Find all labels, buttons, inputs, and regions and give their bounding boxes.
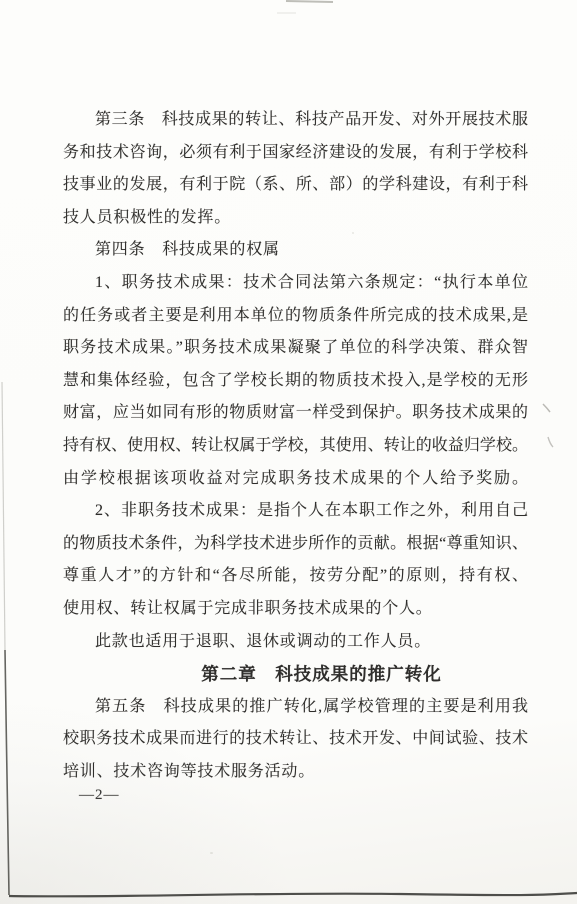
scan-artifact-right-mark-1 — [543, 404, 550, 412]
text-line: 培训、技术咨询等技术服务活动。 — [63, 756, 528, 789]
text-line: 第五条 科技成果的推广转化,属学校管理的主要是利用我 — [63, 691, 528, 724]
text-line: 此款也适用于退职、退休或调动的工作人员。 — [63, 626, 528, 659]
scanned-document-page: 第三条 科技成果的转让、科技产品开发、对外开展技术服务和技术咨询，必须有利于国家… — [0, 0, 577, 904]
text-line: 使用权、转让权属于完成非职务技术成果的个人。 — [63, 593, 528, 626]
text-line: 第四条 科技成果的权属 — [63, 234, 528, 267]
document-body: 第三条 科技成果的转让、科技产品开发、对外开展技术服务和技术咨询，必须有利于国家… — [63, 104, 528, 788]
text-line: 的任务或者主要是利用本单位的物质条件所完成的技术成果,是 — [63, 300, 528, 333]
text-line: 校职务技术成果而进行的技术转让、技术开发、中间试验、技术 — [63, 723, 528, 756]
text-line: 尊重人才”的方针和“各尽所能，按劳分配”的原则，持有权、 — [63, 560, 528, 593]
scan-artifact-top-smudge — [286, 1, 333, 2]
text-line: 第三条 科技成果的转让、科技产品开发、对外开展技术服 — [63, 104, 528, 137]
text-line: 由学校根据该项收益对完成职务技术成果的个人给予奖励。 — [63, 463, 528, 496]
text-line: 慧和集体经验，包含了学校长期的物质技术投入,是学校的无形 — [63, 365, 528, 398]
scan-artifact-bottom-edge — [9, 893, 577, 896]
paper-speck — [103, 145, 106, 147]
text-line: 技事业的发展，有利于院（系、所、部）的学科建设，有利于科 — [63, 169, 528, 202]
chapter-heading: 第二章 科技成果的推广转化 — [89, 658, 554, 691]
scan-artifact-right-mark-2 — [548, 437, 553, 447]
text-line: 的物质技术条件，为科学技术进步所作的贡献。根据“尊重知识、 — [63, 528, 528, 561]
text-line: 财富，应当如同有形的物质财富一样受到保护。职务技术成果的 — [63, 397, 528, 430]
page-number: —2— — [79, 787, 120, 804]
scan-artifact-left-edge — [2, 382, 5, 650]
text-line: 持有权、使用权、转让权属于学校，其使用、转让的收益归学校。 — [63, 430, 528, 463]
paper-speck — [352, 232, 354, 234]
text-line: 技人员积极性的发挥。 — [63, 202, 528, 235]
paper-speck — [210, 852, 213, 854]
text-line: 2、非职务技术成果：是指个人在本职工作之外，利用自己 — [63, 495, 528, 528]
text-line: 务和技术咨询，必须有利于国家经济建设的发展，有利于学校科 — [63, 137, 528, 170]
text-line: 1、职务技术成果：技术合同法第六条规定：“执行本单位 — [63, 267, 528, 300]
scan-artifact-left-edge-lower — [5, 650, 9, 895]
text-line: 职务技术成果。”职务技术成果凝聚了单位的科学决策、群众智 — [63, 332, 528, 365]
